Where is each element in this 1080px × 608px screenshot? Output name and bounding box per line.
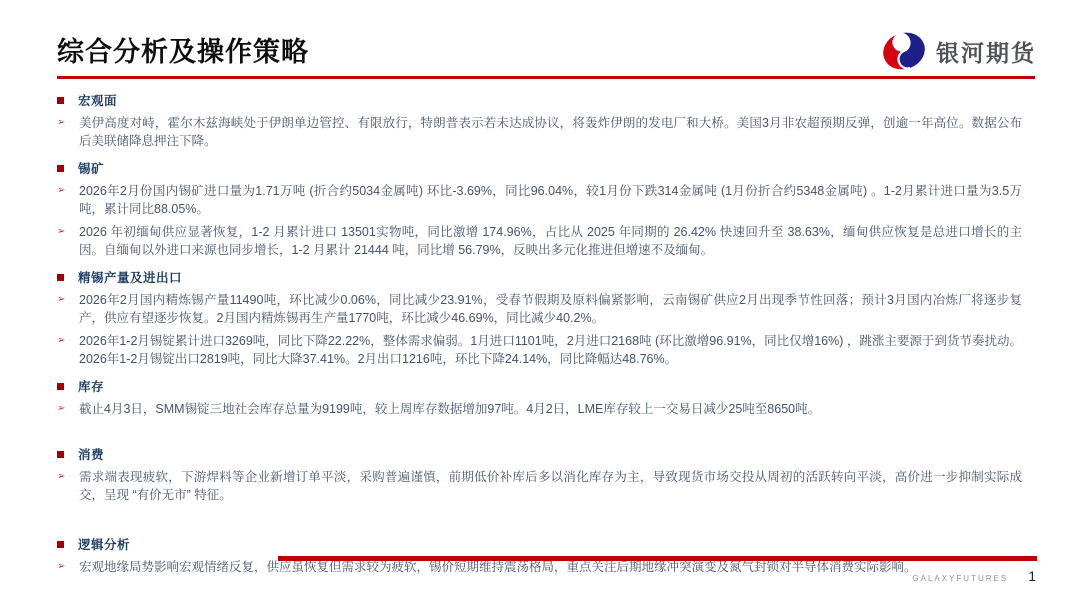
square-bullet-icon xyxy=(57,97,64,104)
page-number: 1 xyxy=(1028,568,1036,584)
arrow-bullet-icon: ➢ xyxy=(57,182,70,218)
section: 精锡产量及进出口 ➢ 2026年2月国内精炼锡产量11490吨，环比减少0.06… xyxy=(57,268,1022,368)
section-heading: 锡矿 xyxy=(78,159,104,177)
arrow-bullet-icon: ➢ xyxy=(57,223,70,259)
footer: GALAXYFUTURES 1 xyxy=(912,568,1036,584)
page-title: 综合分析及操作策略 xyxy=(57,30,309,69)
arrow-bullet-icon: ➢ xyxy=(57,291,70,327)
section-header: 宏观面 xyxy=(57,91,1022,109)
brand-name: 银河期货 xyxy=(936,35,1036,68)
section-header: 精锡产量及进出口 xyxy=(57,268,1022,286)
section-header: 锡矿 xyxy=(57,159,1022,177)
bullet-point: ➢ 2026 年初缅甸供应显著恢复，1-2 月累计进口 13501实物吨，同比激… xyxy=(57,223,1022,259)
slide-header: 综合分析及操作策略 银河期货 xyxy=(57,22,1036,72)
section-heading: 消费 xyxy=(78,445,104,463)
bullet-text: 美伊高度对峙，霍尔木兹海峡处于伊朗单边管控、有限放行，特朗普表示若未达成协议，将… xyxy=(79,114,1022,150)
bullet-text: 2026 年初缅甸供应显著恢复，1-2 月累计进口 13501实物吨，同比激增 … xyxy=(79,223,1022,259)
bullet-text: 2026年2月国内精炼锡产量11490吨，环比减少0.06%，同比减少23.91… xyxy=(79,291,1022,327)
footer-brand: GALAXYFUTURES xyxy=(912,574,1008,583)
bullet-point: ➢ 截止4月3日，SMM锡锭三地社会库存总量为9199吨，较上周库存数据增加97… xyxy=(57,400,1022,418)
section-header: 逻辑分析 xyxy=(57,535,1022,553)
arrow-bullet-icon: ➢ xyxy=(57,468,70,504)
content-area: 宏观面 ➢ 美伊高度对峙，霍尔木兹海峡处于伊朗单边管控、有限放行，特朗普表示若未… xyxy=(57,91,1022,576)
section-heading: 库存 xyxy=(78,377,104,395)
footer-divider xyxy=(278,556,1037,561)
title-divider xyxy=(57,76,1035,79)
bullet-point: ➢ 2026年1-2月锡锭累计进口3269吨，同比下降22.22%，整体需求偏弱… xyxy=(57,332,1022,368)
bullet-point: ➢ 2026年2月国内精炼锡产量11490吨，环比减少0.06%，同比减少23.… xyxy=(57,291,1022,327)
bullet-text: 需求端表现疲软，下游焊料等企业新增订单平淡，采购普遍谨慎，前期低价补库后多以消化… xyxy=(79,468,1022,504)
arrow-bullet-icon: ➢ xyxy=(57,558,70,576)
square-bullet-icon xyxy=(57,451,64,458)
brand-logo: 银河期货 xyxy=(881,30,1036,72)
section: 库存 ➢ 截止4月3日，SMM锡锭三地社会库存总量为9199吨，较上周库存数据增… xyxy=(57,377,1022,418)
section-heading: 宏观面 xyxy=(78,91,117,109)
square-bullet-icon xyxy=(57,274,64,281)
bullet-point: ➢ 美伊高度对峙，霍尔木兹海峡处于伊朗单边管控、有限放行，特朗普表示若未达成协议… xyxy=(57,114,1022,150)
section-heading: 逻辑分析 xyxy=(78,535,130,553)
arrow-bullet-icon: ➢ xyxy=(57,332,70,368)
section: 宏观面 ➢ 美伊高度对峙，霍尔木兹海峡处于伊朗单边管控、有限放行，特朗普表示若未… xyxy=(57,91,1022,150)
bullet-text: 截止4月3日，SMM锡锭三地社会库存总量为9199吨，较上周库存数据增加97吨。… xyxy=(79,400,820,418)
section: 锡矿 ➢ 2026年2月份国内锡矿进口量为1.71万吨 (折合约5034金属吨)… xyxy=(57,159,1022,259)
galaxy-swirl-icon xyxy=(881,30,927,72)
square-bullet-icon xyxy=(57,541,64,548)
section: 消费 ➢ 需求端表现疲软，下游焊料等企业新增订单平淡，采购普遍谨慎，前期低价补库… xyxy=(57,445,1022,504)
arrow-bullet-icon: ➢ xyxy=(57,400,70,418)
section-header: 库存 xyxy=(57,377,1022,395)
section-header: 消费 xyxy=(57,445,1022,463)
section-heading: 精锡产量及进出口 xyxy=(78,268,182,286)
bullet-point: ➢ 需求端表现疲软，下游焊料等企业新增订单平淡，采购普遍谨慎，前期低价补库后多以… xyxy=(57,468,1022,504)
bullet-point: ➢ 2026年2月份国内锡矿进口量为1.71万吨 (折合约5034金属吨) 环比… xyxy=(57,182,1022,218)
arrow-bullet-icon: ➢ xyxy=(57,114,70,150)
square-bullet-icon xyxy=(57,165,64,172)
square-bullet-icon xyxy=(57,383,64,390)
bullet-text: 2026年1-2月锡锭累计进口3269吨，同比下降22.22%，整体需求偏弱。1… xyxy=(79,332,1022,368)
bullet-text: 2026年2月份国内锡矿进口量为1.71万吨 (折合约5034金属吨) 环比-3… xyxy=(79,182,1022,218)
